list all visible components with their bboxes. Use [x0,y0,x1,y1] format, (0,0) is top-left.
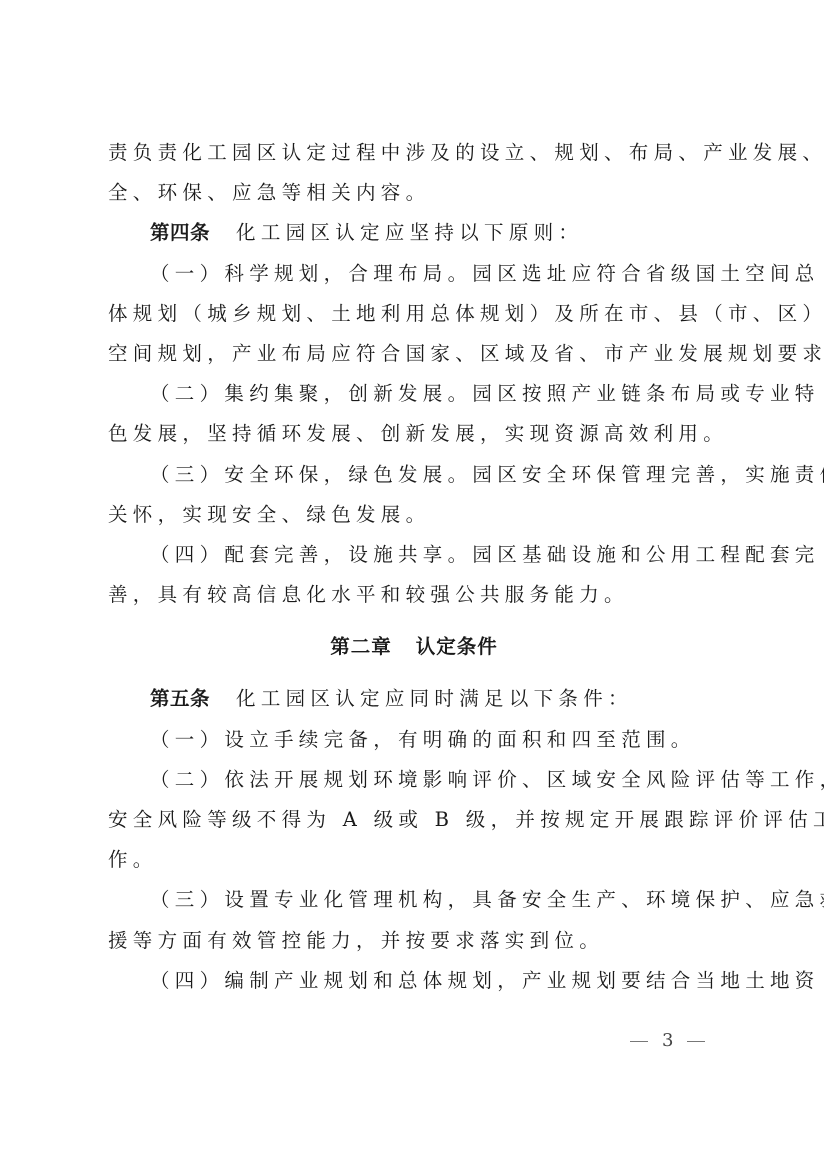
dash-left [630,1041,648,1042]
article-5-item-4: （四）编制产业规划和总体规划，产业规划要结合当地土地资 [108,961,718,1001]
article-4-item-1: （一）科学规划，合理布局。园区选址应符合省级国土空间总 体规划（城乡规划、土地利… [108,254,718,375]
paragraph-line: （三）设置专业化管理机构，具备安全生产、环境保护、应急救 [108,880,718,920]
paragraph-line: 善，具有较高信息化水平和较强公共服务能力。 [108,575,718,615]
paragraph-line: （二）集约集聚，创新发展。园区按照产业链条布局或专业特 [108,374,718,414]
chapter-number: 第二章 [330,635,392,658]
paragraph-line: 空间规划，产业布局应符合国家、区域及省、市产业发展规划要求。 [108,334,718,374]
paragraph-line: （四）配套完善，设施共享。园区基础设施和公用工程配套完 [108,535,718,575]
chapter-heading: 第二章认定条件 [108,627,718,667]
paragraph-line: （一）科学规划，合理布局。园区选址应符合省级国土空间总 [108,254,718,294]
paragraph-line: （四）编制产业规划和总体规划，产业规划要结合当地土地资 [108,961,718,1001]
page-number-value: 3 [662,1030,673,1051]
article-4-text: 化工园区认定应坚持以下原则： [236,221,583,244]
paragraph-line: 全、环保、应急等相关内容。 [108,173,718,213]
paragraph-line: 体规划（城乡规划、土地利用总体规划）及所在市、县（市、区）国土 [108,294,718,334]
article-4-heading: 第四条化工园区认定应坚持以下原则： [108,213,718,253]
paragraph-line: （二）依法开展规划环境影响评价、区域安全风险评估等工作， [108,760,718,800]
article-5-item-3: （三）设置专业化管理机构，具备安全生产、环境保护、应急救 援等方面有效管控能力，… [108,880,718,960]
chapter-title: 认定条件 [416,635,498,658]
article-4-label: 第四条 [150,221,210,244]
document-page: 责负责化工园区认定过程中涉及的设立、规划、布局、产业发展、安 全、环保、应急等相… [108,133,718,1001]
paragraph-line: 责负责化工园区认定过程中涉及的设立、规划、布局、产业发展、安 [108,133,718,173]
dash-right [687,1041,705,1042]
paragraph-line: 安全风险等级不得为 A 级或 B 级，并按规定开展跟踪评价评估工 [108,800,718,840]
article-4-item-4: （四）配套完善，设施共享。园区基础设施和公用工程配套完 善，具有较高信息化水平和… [108,535,718,615]
article-5-heading: 第五条化工园区认定应同时满足以下条件： [108,679,718,719]
article-5-item-1: （一）设立手续完备，有明确的面积和四至范围。 [108,720,718,760]
article-5-item-2: （二）依法开展规划环境影响评价、区域安全风险评估等工作， 安全风险等级不得为 A… [108,760,718,881]
paragraph-line: 关怀，实现安全、绿色发展。 [108,495,718,535]
paragraph-line: 色发展，坚持循环发展、创新发展，实现资源高效利用。 [108,414,718,454]
article-4-item-2: （二）集约集聚，创新发展。园区按照产业链条布局或专业特 色发展，坚持循环发展、创… [108,374,718,454]
article-5-label: 第五条 [150,687,210,710]
paragraph-line: （一）设立手续完备，有明确的面积和四至范围。 [108,720,718,760]
article-5-text: 化工园区认定应同时满足以下条件： [236,687,633,710]
page-number: 3 [630,1030,705,1051]
paragraph-line: （三）安全环保，绿色发展。园区安全环保管理完善，实施责任 [108,455,718,495]
article-4-item-3: （三）安全环保，绿色发展。园区安全环保管理完善，实施责任 关怀，实现安全、绿色发… [108,455,718,535]
paragraph-line: 作。 [108,840,718,880]
paragraph-line: 援等方面有效管控能力，并按要求落实到位。 [108,921,718,961]
